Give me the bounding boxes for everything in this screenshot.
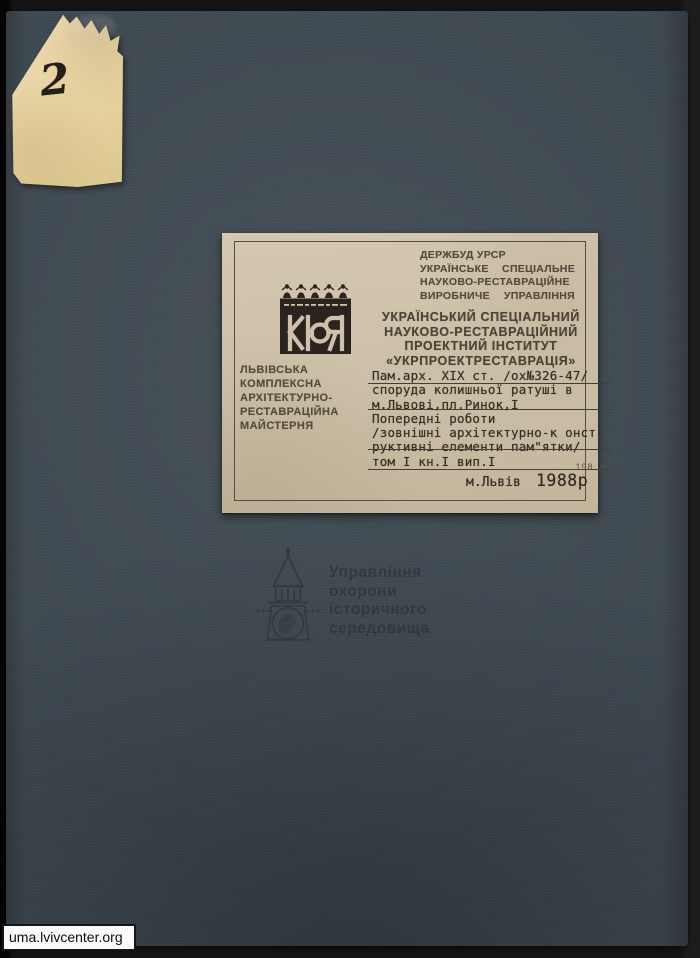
institute-line: ПРОЕКТНИЙ ІНСТИТУТ (362, 339, 600, 354)
book-cover: 2 (6, 11, 688, 946)
typed-line: /зовнішні архітектурно-к онст- (372, 426, 604, 440)
typed-line: споруда колишньої ратуші в (372, 383, 604, 397)
institute-line: «УКРПРОЕКТРЕСТАВРАЦІЯ» (362, 354, 600, 369)
typed-line: Пам.арх. XIX ст. /ох№326-47/ (372, 369, 604, 383)
tower-lion-icon (253, 545, 323, 645)
authority-line: ВИРОБНИЧЕ УПРАВЛІННЯ (420, 290, 575, 304)
watermark-line: історичного (329, 601, 430, 620)
city-label: м.Львів (466, 475, 521, 490)
typed-description: Пам.арх. XIX ст. /ох№326-47/ споруда кол… (372, 369, 604, 469)
authority-line: УКРАЇНСЬКЕ СПЕЦІАЛЬНЕ (420, 263, 575, 277)
watermark-line: середовища (329, 620, 430, 639)
workshop-line: КОМПЛЕКСНА (240, 377, 339, 391)
typed-line-text: том І кн.І вип.І (372, 454, 496, 469)
year-label: 1988р (536, 471, 588, 490)
workshop-line: МАЙСТЕРНЯ (240, 419, 339, 433)
authority-line: ДЕРЖБУД УРСР (420, 249, 575, 263)
watermark-line: Управління (329, 564, 430, 583)
typed-line: том І кн.І вип.І 198р. (372, 455, 604, 469)
inventory-number: 2 (38, 54, 72, 106)
stamp-band-text (284, 304, 347, 306)
archive-cover-photo: 2 (0, 0, 700, 958)
heritage-watermark: Управління охорони історичного середовищ… (253, 545, 453, 650)
institute-line: УКРАЇНСЬКИЙ СПЕЦІАЛЬНИЙ (362, 310, 600, 325)
typed-line: м.Львові,пл.Ринок,І (372, 398, 604, 412)
authority-line: НАУКОВО-РЕСТАВРАЦІЙНЕ (420, 276, 575, 290)
stamp-figures (282, 284, 348, 298)
authority-block: ДЕРЖБУД УРСР УКРАЇНСЬКЕ СПЕЦІАЛЬНЕ НАУКО… (420, 249, 575, 303)
workshop-line: АРХІТЕКТУРНО- (240, 391, 339, 405)
workshop-line: ЛЬВІВСЬКА (240, 363, 339, 377)
archive-label: ДЕРЖБУД УРСР УКРАЇНСЬКЕ СПЕЦІАЛЬНЕ НАУКО… (222, 233, 598, 513)
watermark-line: охорони (329, 583, 430, 602)
typed-line: Попередні роботи (372, 412, 604, 426)
typed-line: руктивні елементи пам"ятки/ (372, 440, 604, 454)
workshop-block: ЛЬВІВСЬКА КОМПЛЕКСНА АРХІТЕКТУРНО- РЕСТА… (240, 363, 339, 433)
workshop-stamp-icon (278, 282, 353, 356)
institute-title: УКРАЇНСЬКИЙ СПЕЦІАЛЬНИЙ НАУКОВО-РЕСТАВРА… (362, 310, 600, 368)
institute-line: НАУКОВО-РЕСТАВРАЦІЙНИЙ (362, 325, 600, 340)
city-year-row: м.Львів 1988р (372, 472, 604, 492)
watermark-text: Управління охорони історичного середовищ… (329, 564, 430, 638)
workshop-line: РЕСТАВРАЦІЙНА (240, 405, 339, 419)
form-year-suffix: р. (600, 462, 610, 472)
site-credit: uma.lvivcenter.org (2, 924, 136, 951)
